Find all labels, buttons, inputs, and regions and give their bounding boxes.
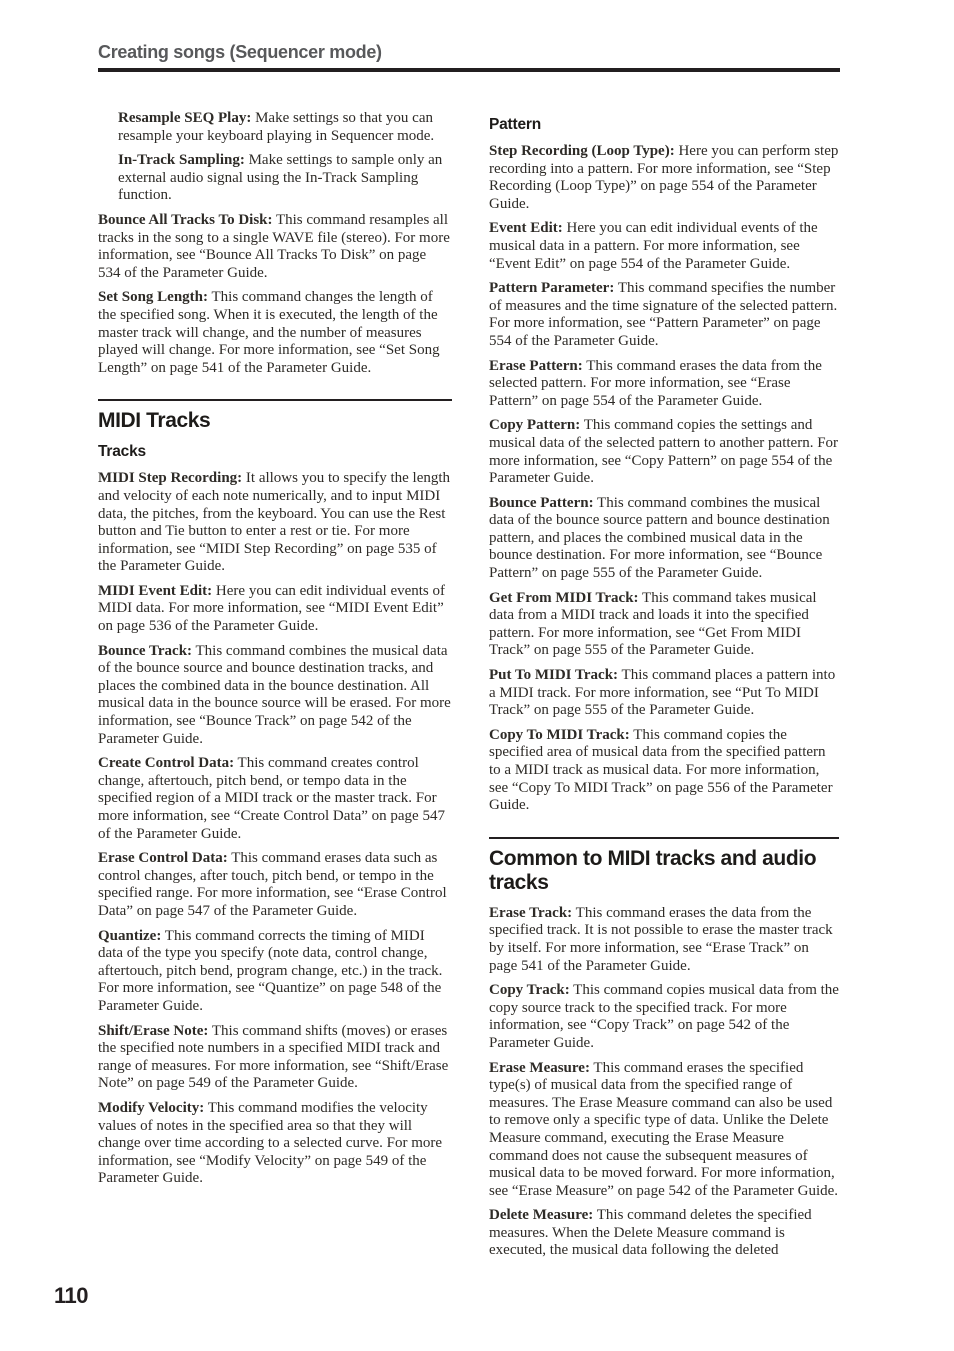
command-paragraph: Step Recording (Loop Type): Here you can… [489, 143, 839, 213]
command-term: MIDI Step Recording: [98, 470, 242, 486]
command-paragraph: In-Track Sampling: Make settings to samp… [118, 152, 452, 205]
command-term: Copy To MIDI Track: [489, 727, 630, 743]
command-paragraph: Bounce Pattern: This command combines th… [489, 495, 839, 583]
command-paragraph: Erase Control Data: This command erases … [98, 850, 452, 920]
command-term: Bounce Pattern: [489, 495, 594, 511]
right-column: Pattern Step Recording (Loop Type): Here… [489, 110, 839, 1267]
pattern-command-list: Step Recording (Loop Type): Here you can… [489, 143, 839, 815]
command-term: Create Control Data: [98, 755, 234, 771]
command-paragraph: Resample SEQ Play: Make settings so that… [118, 110, 452, 145]
track-command-list: MIDI Step Recording: It allows you to sp… [98, 470, 452, 1188]
command-paragraph: Copy Pattern: This command copies the se… [489, 417, 839, 487]
command-paragraph: Erase Measure: This command erases the s… [489, 1060, 839, 1201]
command-paragraph: Erase Track: This command erases the dat… [489, 905, 839, 975]
command-term: Copy Track: [489, 982, 570, 998]
command-paragraph: Get From MIDI Track: This command takes … [489, 590, 839, 660]
command-term: Erase Pattern: [489, 358, 583, 374]
command-paragraph: Copy Track: This command copies musical … [489, 982, 839, 1052]
left-column: Resample SEQ Play: Make settings so that… [98, 110, 452, 1267]
page-header: Creating songs (Sequencer mode) [0, 0, 954, 72]
command-paragraph: Put To MIDI Track: This command places a… [489, 667, 839, 720]
command-term: Modify Velocity: [98, 1100, 204, 1116]
intro-paragraph-list: Resample SEQ Play: Make settings so that… [98, 110, 452, 205]
command-paragraph: MIDI Event Edit: Here you can edit indiv… [98, 583, 452, 636]
command-term: Delete Measure: [489, 1207, 593, 1223]
command-term: Event Edit: [489, 220, 563, 236]
page-content: Resample SEQ Play: Make settings so that… [0, 72, 954, 1267]
common-command-list: Erase Track: This command erases the dat… [489, 905, 839, 1260]
section-title-common-tracks: Common to MIDI tracks and audio tracks [489, 837, 839, 895]
command-term: Put To MIDI Track: [489, 667, 618, 683]
command-description: This command erases the specified type(s… [489, 1060, 838, 1199]
command-term: Shift/Erase Note: [98, 1023, 208, 1039]
command-paragraph: Pattern Parameter: This command specifie… [489, 280, 839, 350]
section-title-midi-tracks: MIDI Tracks [98, 399, 452, 433]
command-paragraph: MIDI Step Recording: It allows you to sp… [98, 470, 452, 576]
command-term: Step Recording (Loop Type): [489, 143, 675, 159]
command-term: Get From MIDI Track: [489, 590, 639, 606]
command-paragraph: Event Edit: Here you can edit individual… [489, 220, 839, 273]
subsection-title-pattern: Pattern [489, 116, 839, 134]
command-paragraph: Quantize: This command corrects the timi… [98, 928, 452, 1016]
command-term: Quantize: [98, 928, 161, 944]
command-term: Erase Measure: [489, 1060, 590, 1076]
command-term: Erase Control Data: [98, 850, 228, 866]
command-term: Set Song Length: [98, 289, 208, 305]
command-paragraph: Bounce All Tracks To Disk: This command … [98, 212, 452, 282]
command-paragraph: Create Control Data: This command create… [98, 755, 452, 843]
command-term: Bounce Track: [98, 643, 192, 659]
command-term: Bounce All Tracks To Disk: [98, 212, 273, 228]
command-term: In-Track Sampling: [118, 152, 245, 168]
running-header-title: Creating songs (Sequencer mode) [98, 42, 840, 63]
command-paragraph: Set Song Length: This command changes th… [98, 289, 452, 377]
command-paragraph: Erase Pattern: This command erases the d… [489, 358, 839, 411]
page-number: 110 [54, 1283, 88, 1309]
command-paragraph: Shift/Erase Note: This command shifts (m… [98, 1023, 452, 1093]
command-paragraph: Modify Velocity: This command modifies t… [98, 1100, 452, 1188]
command-term: Erase Track: [489, 905, 572, 921]
manual-page: Creating songs (Sequencer mode) Resample… [0, 0, 954, 1351]
subsection-title-tracks: Tracks [98, 443, 452, 461]
command-term: Copy Pattern: [489, 417, 580, 433]
command-paragraph: Bounce Track: This command combines the … [98, 643, 452, 749]
command-paragraph: Copy To MIDI Track: This command copies … [489, 727, 839, 815]
song-command-list: Bounce All Tracks To Disk: This command … [98, 212, 452, 377]
command-term: MIDI Event Edit: [98, 583, 212, 599]
command-term: Pattern Parameter: [489, 280, 614, 296]
command-term: Resample SEQ Play: [118, 110, 251, 126]
command-paragraph: Delete Measure: This command deletes the… [489, 1207, 839, 1260]
